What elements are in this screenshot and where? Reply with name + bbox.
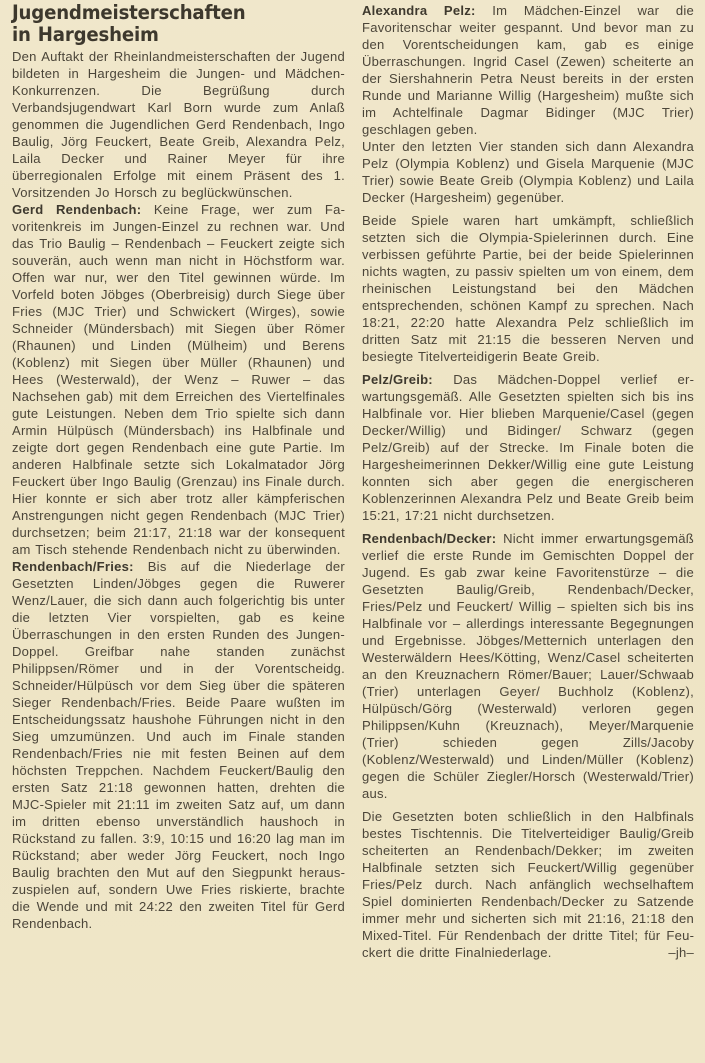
section-lead: Rendenbach/Fries: (12, 559, 134, 574)
article-headline: Jugendmeisterschaften in Hargesheim (12, 2, 322, 46)
headline-line-2: in Hargesheim (12, 23, 159, 46)
section-alexandra-pelz: Alexandra Pelz: Im Mädchen-Einzel war di… (362, 2, 694, 138)
section-gerd-rendenbach: Gerd Rendenbach: Keine Frage, wer zum Fa… (12, 201, 345, 558)
left-column: Jugendmeisterschaften in Hargesheim Den … (12, 2, 345, 932)
headline-line-1: Jugendmeisterschaften (12, 1, 246, 24)
intro-paragraph: Den Auftakt der Rheinlandmeisterschaften… (12, 48, 345, 201)
section-text: Im Mädchen-Einzel war die Favoritenschar… (362, 3, 694, 137)
section-text: Die Gesetzten boten schließlich in den H… (362, 809, 694, 960)
section-text: Das Mädchen-Doppel verlief er­wartungsge… (362, 372, 694, 523)
section-lead: Pelz/Greib: (362, 372, 433, 387)
author-signature: –jh– (668, 944, 694, 961)
section-rendenbach-decker: Rendenbach/Decker: Nicht immer erwartung… (362, 530, 694, 802)
section-text: Unter den letzten Vier standen sich dann… (362, 139, 694, 205)
newspaper-page: Jugendmeisterschaften in Hargesheim Den … (0, 0, 705, 1063)
section-text: Keine Frage, wer zum Fa­voritenkreis im … (12, 202, 345, 557)
section-lead: Gerd Rendenbach: (12, 202, 141, 217)
section-text: Nicht immer erwartungs­gemäß verlief die… (362, 531, 694, 801)
section-text: Beide Spiele waren hart umkämpft, schlie… (362, 213, 694, 364)
section-lead: Rendenbach/Decker: (362, 531, 496, 546)
paragraph-semifinals-girls: Unter den letzten Vier standen sich dann… (362, 138, 694, 206)
paragraph-mixed-final: Die Gesetzten boten schließlich in den H… (362, 808, 694, 961)
section-text: Bis auf die Niederlage der Gesetzten Lin… (12, 559, 345, 931)
paragraph-final-girls: Beide Spiele waren hart umkämpft, schlie… (362, 212, 694, 365)
section-lead: Alexandra Pelz: (362, 3, 476, 18)
section-pelz-greib: Pelz/Greib: Das Mädchen-Doppel verlief e… (362, 371, 694, 524)
right-column: Alexandra Pelz: Im Mädchen-Einzel war di… (362, 2, 694, 961)
section-rendenbach-fries: Rendenbach/Fries: Bis auf die Niederlage… (12, 558, 345, 932)
